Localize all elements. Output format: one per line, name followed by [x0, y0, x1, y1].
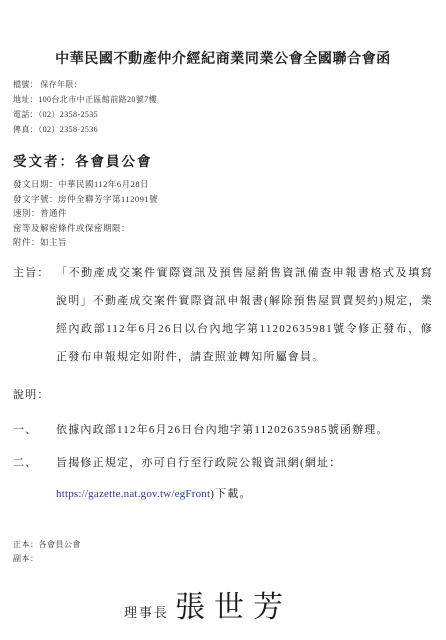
- explanation-item-2-text: 旨揭修正規定，亦可自行至行政院公報資訊網(網址：https://gazette.…: [56, 448, 433, 510]
- explanation-item-2: 二、 旨揭修正規定，亦可自行至行政院公報資訊網(網址：https://gazet…: [13, 448, 433, 510]
- attachment-line: 附件：如主旨: [13, 235, 433, 250]
- file-number-label: 檔號：: [13, 80, 38, 89]
- explanation-item-2-number: 二、: [13, 448, 56, 510]
- doc-number-line: 發文字號：房仲全聯芳字第112091號: [13, 192, 433, 207]
- original-copy-line: 正本：各會員公會: [13, 538, 433, 552]
- address-line: 地址：100台北市中正區館前路20號7樓: [13, 92, 433, 107]
- doc-meta-block: 發文日期：中華民國112年6月28日 發文字號：房仲全聯芳字第112091號 速…: [13, 177, 433, 250]
- copies-block: 正本：各會員公會 副本：: [13, 538, 433, 566]
- original-copy-label: 正本：: [13, 540, 39, 549]
- subject-text: 「不動產成交案件實際資訊及預售屋銷售資訊備查申報書格式及填寫說明」不動產成交案件…: [56, 259, 433, 371]
- document-title: 中華民國不動產仲介經紀商業同業公會全國聯合會函: [13, 48, 433, 68]
- file-number-line: 檔號：保存年限：: [13, 77, 433, 92]
- original-copy-value: 各會員公會: [39, 540, 82, 549]
- fax-line: 傳真：（02）2358-2536: [13, 122, 433, 137]
- signature-block: 理事長 張世芳: [13, 582, 433, 626]
- explanation-item-1-text: 依據內政部112年6月26日台內地字第11202635985號函辦理。: [56, 415, 433, 446]
- recipient-value: 各會員公會: [75, 154, 153, 169]
- official-letter-page: 中華民國不動產仲介經紀商業同業公會全國聯合會函 檔號：保存年限： 地址：100台…: [0, 0, 446, 640]
- phone-line: 電話：（02）2358-2535: [13, 107, 433, 122]
- chairman-name: 張世芳: [175, 582, 292, 626]
- explanation-item-1: 一、 依據內政部112年6月26日台內地字第11202635985號函辦理。: [13, 415, 433, 446]
- subject-label: 主旨：: [13, 259, 56, 371]
- cc-copy-line: 副本：: [13, 552, 433, 566]
- recipient-line: 受文者：各會員公會: [13, 150, 433, 170]
- issue-date-line: 發文日期：中華民國112年6月28日: [13, 177, 433, 192]
- cc-copy-label: 副本：: [13, 554, 39, 563]
- classification-line: 密等及解密條件或保密期限：: [13, 221, 433, 236]
- explanation-item-2-text-before: 旨揭修正規定，亦可自行至行政院公報資訊網(網址：: [56, 457, 341, 469]
- retention-period-label: 保存年限：: [40, 80, 82, 89]
- header-meta-block: 檔號：保存年限： 地址：100台北市中正區館前路20號7樓 電話：（02）235…: [13, 77, 433, 137]
- explanation-item-1-number: 一、: [13, 415, 56, 446]
- explanation-item-2-text-after: )下載。: [210, 488, 251, 500]
- priority-line: 速別：普通件: [13, 206, 433, 221]
- explanation-label: 說明：: [13, 385, 433, 405]
- recipient-label: 受文者：: [13, 154, 75, 169]
- chairman-title: 理事長: [124, 602, 169, 621]
- gazette-url-link[interactable]: https://gazette.nat.gov.tw/egFront: [56, 488, 210, 500]
- subject-section: 主旨： 「不動產成交案件實際資訊及預售屋銷售資訊備查申報書格式及填寫說明」不動產…: [13, 259, 433, 371]
